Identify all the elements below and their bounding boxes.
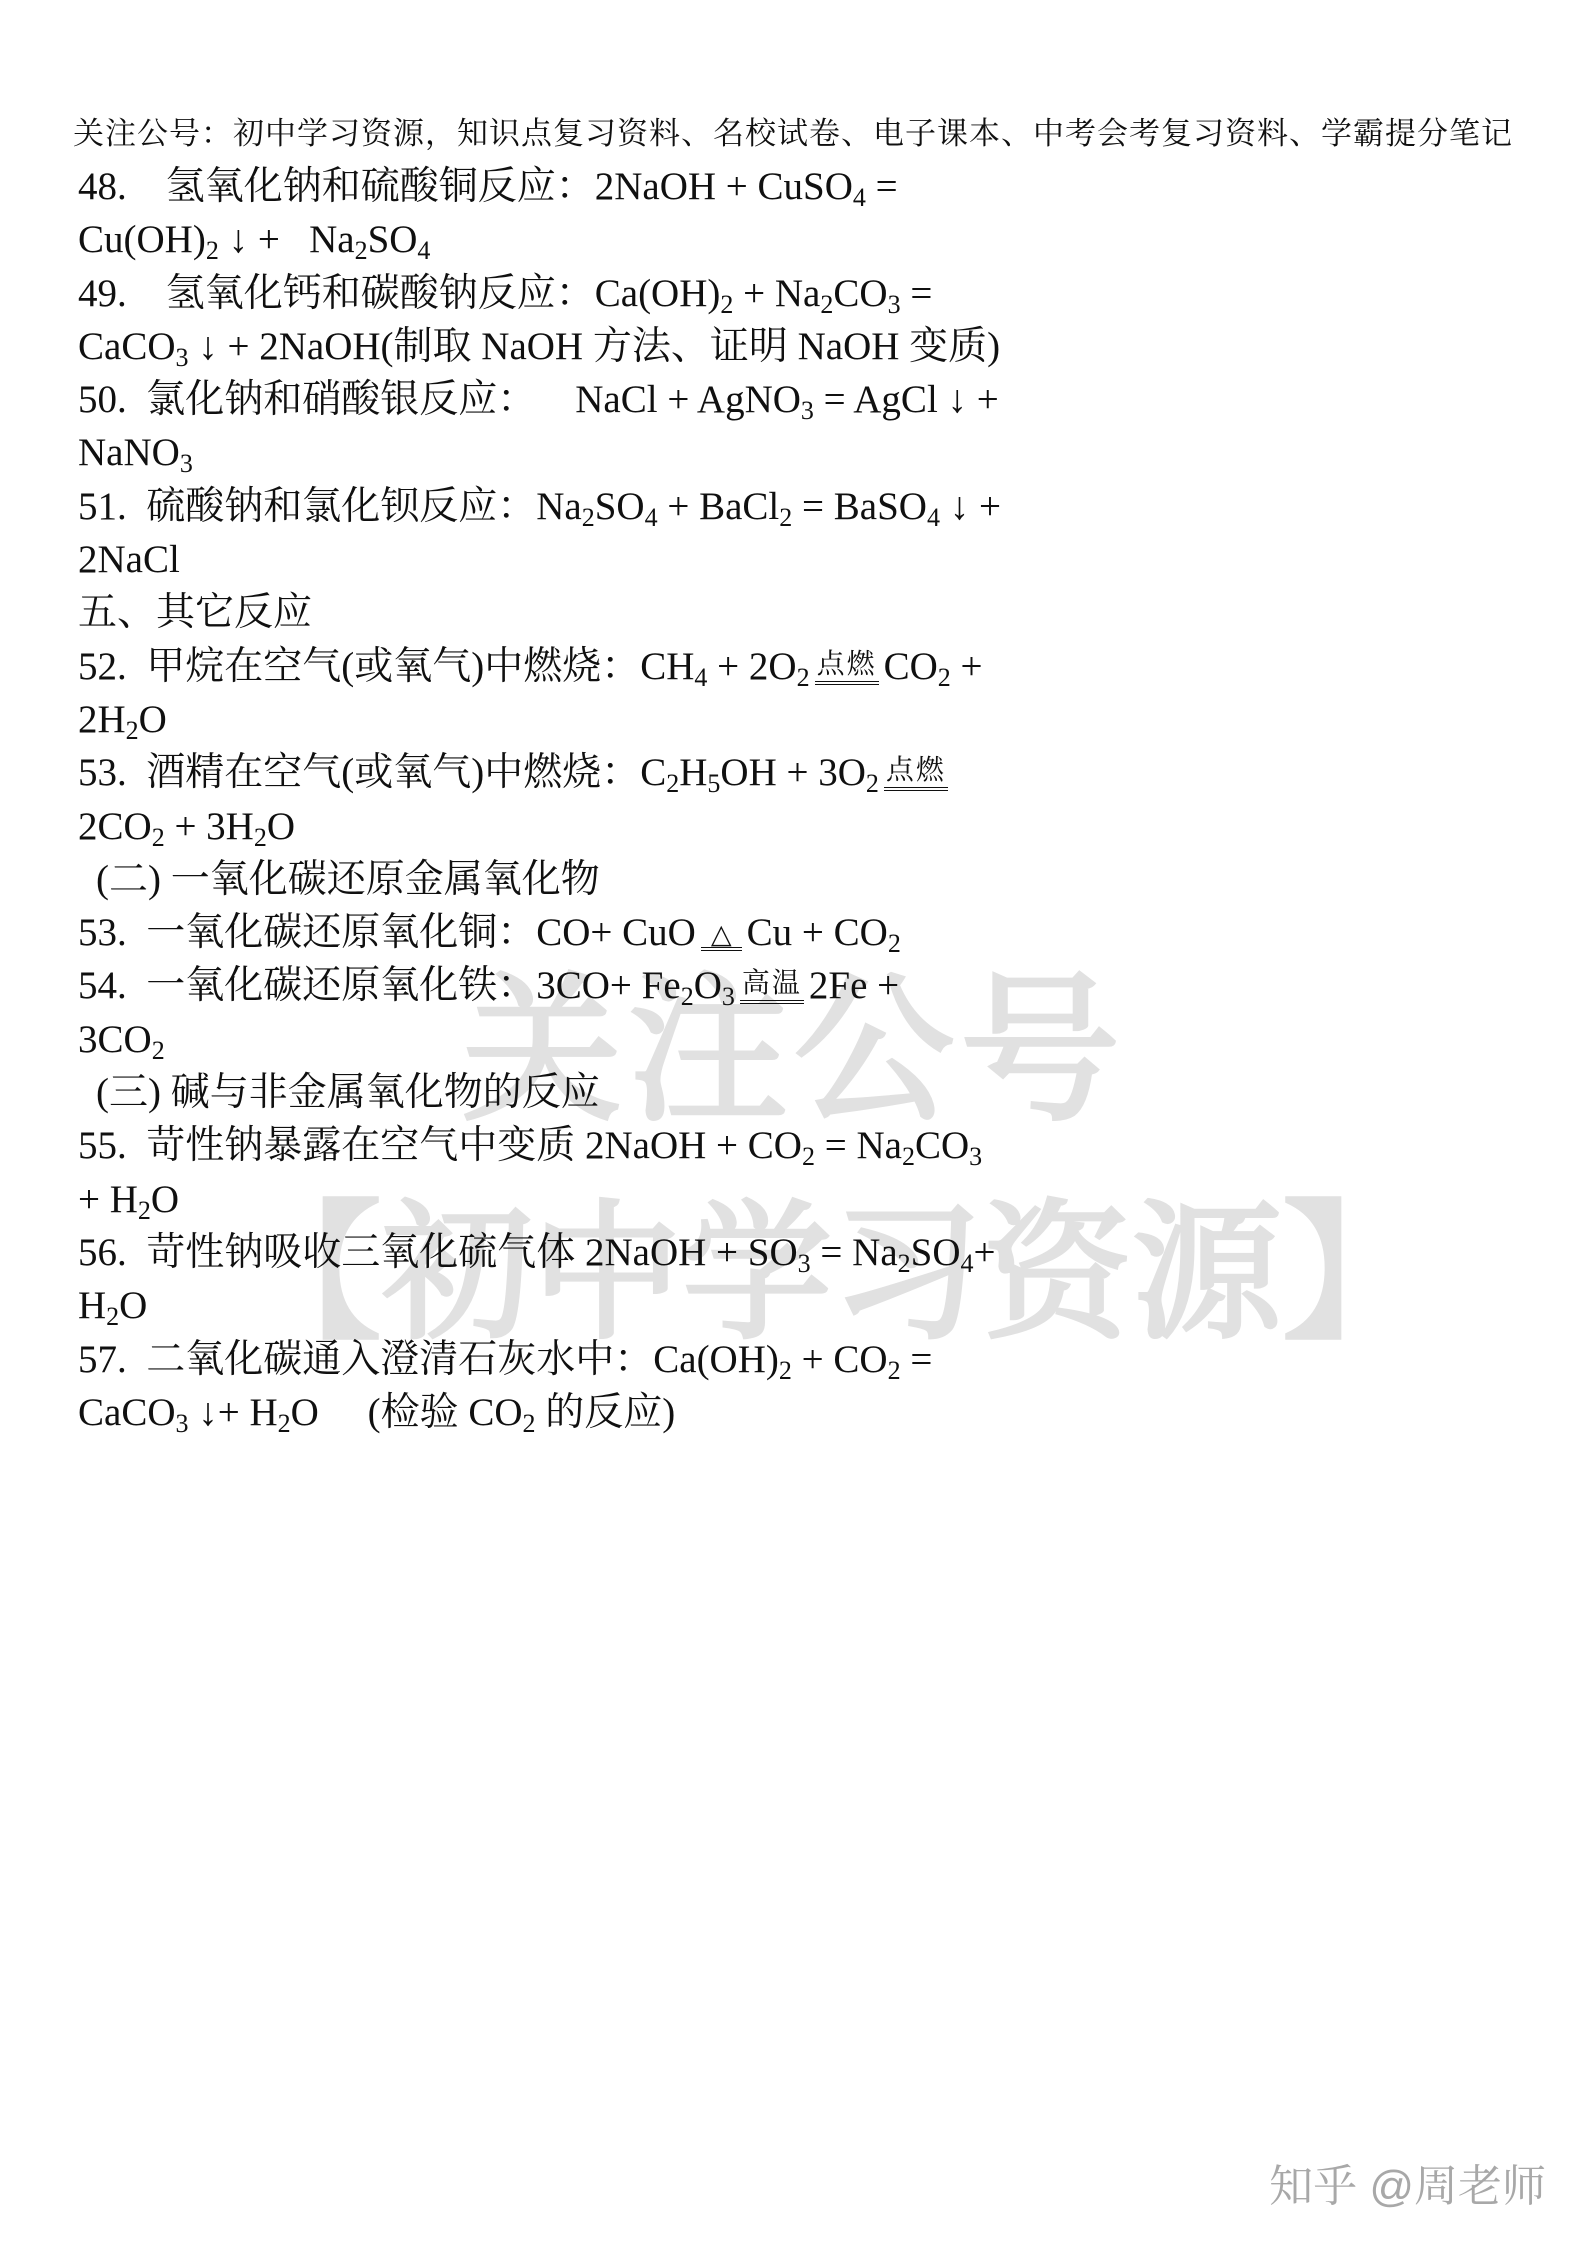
text-segment: 53. 一氧化碳还原氧化铜：CO+ CuO <box>78 911 696 954</box>
text-segment: 57. 二氧化碳通入澄清石灰水中：Ca(OH) <box>78 1338 779 1381</box>
subscript: 2 <box>681 982 694 1011</box>
text-segment: + 3H <box>165 805 254 848</box>
text-segment: 52. 甲烷在空气(或氧气)中燃烧：CH <box>78 645 694 688</box>
text-segment: = <box>901 1338 933 1381</box>
text-segment: 55. 苛性钠暴露在空气中变质 2NaOH + CO <box>78 1124 802 1167</box>
subscript: 4 <box>417 236 430 265</box>
text-line: (二) 一氧化碳还原金属氧化物 <box>78 853 1001 906</box>
text-segment: 3CO <box>78 1018 152 1061</box>
text-line: 48. 氢氧化钠和硫酸铜反应：2NaOH + CuSO4 = <box>78 160 1001 213</box>
text-segment: = <box>901 272 933 315</box>
text-segment: + <box>951 645 983 688</box>
text-line: + H2O <box>78 1173 1001 1226</box>
text-segment: H <box>679 751 707 794</box>
subscript: 4 <box>853 183 866 212</box>
text-segment: = BaSO <box>792 485 927 528</box>
text-segment: 2CO <box>78 805 152 848</box>
text-segment: ↓ + <box>940 485 1001 528</box>
text-segment: O <box>119 1284 147 1327</box>
text-line: 55. 苛性钠暴露在空气中变质 2NaOH + CO2 = Na2CO3 <box>78 1119 1001 1172</box>
text-segment: = Na <box>815 1124 902 1167</box>
text-line: 51. 硫酸钠和氯化钡反应：Na2SO4 + BaCl2 = BaSO4 ↓ + <box>78 480 1001 533</box>
subscript: 2 <box>797 663 810 692</box>
text-segment: 五、其它反应 <box>78 591 312 634</box>
text-line: 2CO2 + 3H2O <box>78 800 1001 853</box>
text-segment: Cu + CO <box>747 911 888 954</box>
text-segment: SO <box>911 1231 961 1274</box>
text-segment: CaCO <box>78 1391 176 1434</box>
subscript: 2 <box>902 1142 915 1171</box>
subscript: 2 <box>888 1356 901 1385</box>
text-line: Cu(OH)2 ↓ + Na2SO4 <box>78 213 1001 266</box>
text-segment: SO <box>595 485 645 528</box>
text-segment: = <box>866 165 898 208</box>
reaction-condition: 点燃 <box>815 649 879 685</box>
text-segment: = AgCl ↓ + <box>814 378 999 421</box>
subscript: 3 <box>180 449 193 478</box>
subscript: 2 <box>779 503 792 532</box>
text-segment: NaNO <box>78 431 180 474</box>
text-line: 3CO2 <box>78 1013 1001 1066</box>
text-line: H2O <box>78 1279 1001 1332</box>
text-segment: ↓+ H <box>189 1391 278 1434</box>
subscript: 2 <box>138 1196 151 1225</box>
subscript: 2 <box>866 769 879 798</box>
text-segment: 54. 一氧化碳还原氧化铁：3CO+ Fe <box>78 964 681 1007</box>
text-segment: H <box>78 1284 106 1327</box>
subscript: 3 <box>176 1409 189 1438</box>
content-area: 48. 氢氧化钠和硫酸铜反应：2NaOH + CuSO4 =Cu(OH)2 ↓ … <box>78 160 1001 1439</box>
subscript: 4 <box>927 503 940 532</box>
subscript: 2 <box>888 929 901 958</box>
text-segment: 2NaCl <box>78 538 180 581</box>
text-line: 53. 酒精在空气(或氧气)中燃烧：C2H5OH + 3O2点燃 <box>78 746 1001 799</box>
subscript: 4 <box>645 503 658 532</box>
text-line: CaCO3 ↓ + 2NaOH(制取 NaOH 方法、证明 NaOH 变质) <box>78 320 1001 373</box>
text-segment: ↓ + 2NaOH(制取 NaOH 方法、证明 NaOH 变质) <box>189 325 1001 368</box>
subscript: 2 <box>126 716 139 745</box>
document-page: 关注公号 【初中学习资源】 关注公号：初中学习资源，知识点复习资料、名校试卷、电… <box>0 0 1586 2244</box>
subscript: 3 <box>722 982 735 1011</box>
subscript: 4 <box>961 1249 974 1278</box>
text-segment: 2Fe + <box>809 964 899 1007</box>
text-segment: O (检验 CO <box>291 1391 523 1434</box>
subscript: 2 <box>820 290 833 319</box>
text-segment: CaCO <box>78 325 176 368</box>
text-line: NaNO3 <box>78 426 1001 479</box>
text-segment: O <box>139 698 167 741</box>
subscript: 2 <box>278 1409 291 1438</box>
footer-credit: 知乎 @周老师 <box>1269 2150 1546 2214</box>
text-line: 53. 一氧化碳还原氧化铜：CO+ CuO△Cu + CO2 <box>78 906 1001 959</box>
text-segment: + BaCl <box>658 485 780 528</box>
text-segment: 49. 氢氧化钙和碳酸钠反应：Ca(OH) <box>78 272 720 315</box>
text-line: 57. 二氧化碳通入澄清石灰水中：Ca(OH)2 + CO2 = <box>78 1333 1001 1386</box>
subscript: 2 <box>355 236 368 265</box>
text-segment: = Na <box>811 1231 898 1274</box>
text-line: 五、其它反应 <box>78 586 1001 639</box>
reaction-condition: 点燃 <box>884 755 948 791</box>
text-segment: + Na <box>733 272 820 315</box>
subscript: 2 <box>152 823 165 852</box>
subscript: 3 <box>969 1142 982 1171</box>
text-segment: + <box>974 1231 996 1274</box>
text-segment: 56. 苛性钠吸收三氧化硫气体 2NaOH + SO <box>78 1231 798 1274</box>
text-line: 56. 苛性钠吸收三氧化硫气体 2NaOH + SO3 = Na2SO4+ <box>78 1226 1001 1279</box>
text-line: 49. 氢氧化钙和碳酸钠反应：Ca(OH)2 + Na2CO3 = <box>78 267 1001 320</box>
subscript: 3 <box>801 396 814 425</box>
text-line: CaCO3 ↓+ H2O (检验 CO2 的反应) <box>78 1386 1001 1439</box>
subscript: 2 <box>898 1249 911 1278</box>
subscript: 2 <box>938 663 951 692</box>
subscript: 2 <box>254 823 267 852</box>
text-segment: OH + 3O <box>720 751 866 794</box>
reaction-condition: 高温 <box>740 968 804 1004</box>
subscript: 3 <box>888 290 901 319</box>
text-line: 50. 氯化钠和硝酸银反应： NaCl + AgNO3 = AgCl ↓ + <box>78 373 1001 426</box>
page-header-text: 关注公号：初中学习资源，知识点复习资料、名校试卷、电子课本、中考会考复习资料、学… <box>0 108 1586 153</box>
subscript: 3 <box>798 1249 811 1278</box>
text-segment: (三) 碱与非金属氧化物的反应 <box>96 1071 600 1114</box>
text-segment: + CO <box>792 1338 888 1381</box>
text-segment: CO <box>884 645 938 688</box>
subscript: 2 <box>582 503 595 532</box>
text-segment: 的反应) <box>536 1391 676 1434</box>
subscript: 2 <box>666 769 679 798</box>
text-line: 2H2O <box>78 693 1001 746</box>
text-line: (三) 碱与非金属氧化物的反应 <box>78 1066 1001 1119</box>
text-segment: SO <box>368 218 418 261</box>
subscript: 2 <box>106 1302 119 1331</box>
text-segment: 50. 氯化钠和硝酸银反应： NaCl + AgNO <box>78 378 801 421</box>
text-segment: + 2O <box>707 645 796 688</box>
text-segment: 2H <box>78 698 126 741</box>
text-segment: (二) 一氧化碳还原金属氧化物 <box>96 858 600 901</box>
text-segment: CO <box>833 272 887 315</box>
text-segment: + H <box>78 1178 138 1221</box>
text-segment: 51. 硫酸钠和氯化钡反应：Na <box>78 485 582 528</box>
subscript: 2 <box>523 1409 536 1438</box>
text-line: 2NaCl <box>78 533 1001 586</box>
subscript: 2 <box>802 1142 815 1171</box>
subscript: 2 <box>206 236 219 265</box>
text-segment: ↓ + Na <box>219 218 355 261</box>
subscript: 5 <box>707 769 720 798</box>
subscript: 2 <box>720 290 733 319</box>
subscript: 3 <box>176 343 189 372</box>
text-segment: O <box>151 1178 179 1221</box>
heat-triangle-icon: △ <box>701 921 742 951</box>
text-segment: O <box>694 964 722 1007</box>
text-segment: 53. 酒精在空气(或氧气)中燃烧：C <box>78 751 666 794</box>
subscript: 2 <box>152 1036 165 1065</box>
text-line: 52. 甲烷在空气(或氧气)中燃烧：CH4 + 2O2点燃CO2 + <box>78 640 1001 693</box>
text-segment: Cu(OH) <box>78 218 206 261</box>
text-segment: CO <box>915 1124 969 1167</box>
text-segment: 48. 氢氧化钠和硫酸铜反应：2NaOH + CuSO <box>78 165 853 208</box>
text-segment: O <box>267 805 295 848</box>
subscript: 2 <box>779 1356 792 1385</box>
subscript: 4 <box>694 663 707 692</box>
text-line: 54. 一氧化碳还原氧化铁：3CO+ Fe2O3高温2Fe + <box>78 959 1001 1012</box>
